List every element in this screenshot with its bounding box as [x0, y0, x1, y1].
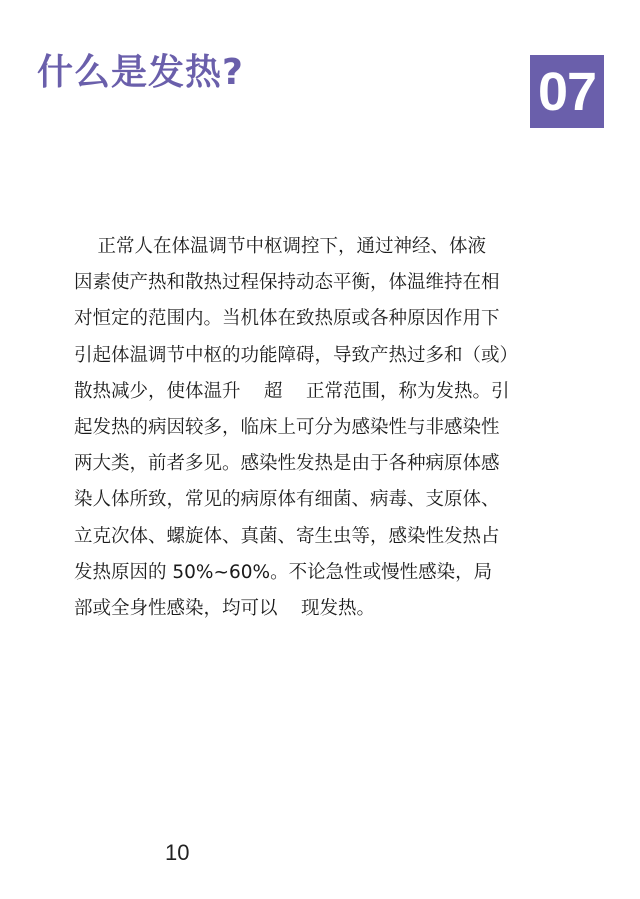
body-line: 对恒定的范围内。当机体在致热原或各种原因作用下 — [74, 301, 520, 337]
section-number-badge: 07 — [530, 55, 604, 128]
body-line: 发热原因的 50%~60%。不论急性或慢性感染，局 — [74, 555, 520, 591]
body-line: 染人体所致，常见的病原体有细菌、病毒、支原体、 — [74, 482, 520, 518]
section-number: 07 — [538, 61, 596, 123]
body-line: 正常人在体温调节中枢调控下，通过神经、体液 — [74, 229, 520, 265]
page-number: 10 — [165, 840, 189, 866]
body-line: 起发热的病因较多，临床上可分为感染性与非感染性 — [74, 410, 520, 446]
body-line: 部或全身性感染，均可以 现发热。 — [74, 591, 520, 627]
body-line: 两大类，前者多见。感染性发热是由于各种病原体感 — [74, 446, 520, 482]
body-paragraph: 正常人在体温调节中枢调控下，通过神经、体液 因素使产热和散热过程保持动态平衡，体… — [74, 229, 520, 627]
body-line: 因素使产热和散热过程保持动态平衡，体温维持在相 — [74, 265, 520, 301]
body-line: 引起体温调节中枢的功能障碍，导致产热过多和（或） — [74, 338, 520, 374]
body-line: 立克次体、螺旋体、真菌、寄生虫等，感染性发热占 — [74, 519, 520, 555]
page-title: 什么是发热? — [37, 50, 244, 96]
body-line: 散热减少，使体温升 超 正常范围，称为发热。引 — [74, 374, 520, 410]
